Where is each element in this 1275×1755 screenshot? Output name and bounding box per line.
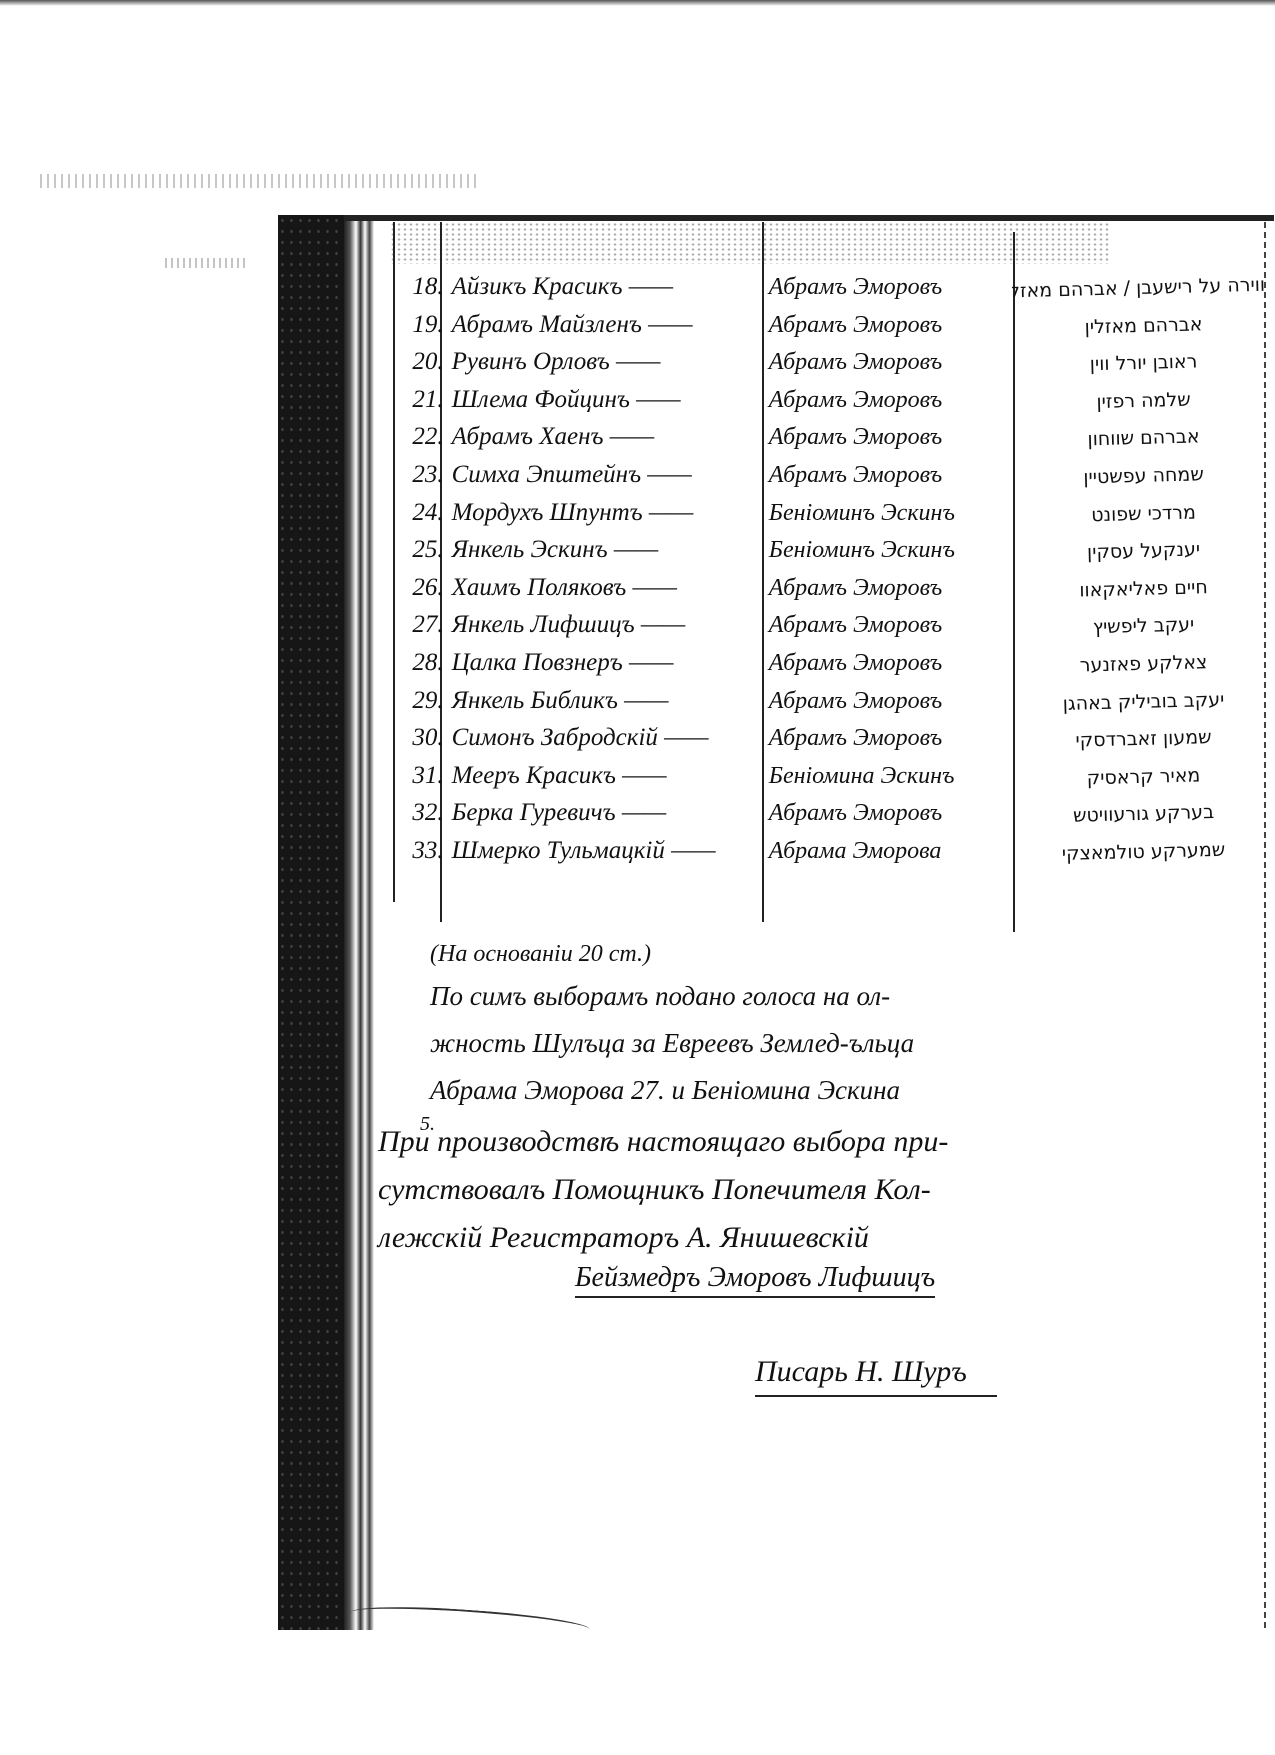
election-resolution: (На основаніи 20 ст.) По симъ выборамъ п… bbox=[430, 935, 1260, 1134]
vote-for: Беніоминъ Эскинъ bbox=[763, 532, 1012, 569]
table-row: 18. Айзикъ Красикъ Абрамъ Эморовъ ווירה … bbox=[395, 268, 1265, 306]
vote-for: Абрамъ Эморовъ bbox=[763, 570, 1012, 607]
hebrew-signature: שמערקע טולמאצקי bbox=[1011, 831, 1265, 875]
presence-line: При производствѣ настоящаго выбора при- bbox=[378, 1118, 1258, 1166]
hebrew-signature: בערקע גורעוויטש bbox=[1011, 793, 1265, 837]
row-number: 19. bbox=[395, 306, 448, 343]
voter-table: 18. Айзикъ Красикъ Абрамъ Эморовъ ווירה … bbox=[395, 268, 1265, 870]
elector-name: Янкель Эскинъ bbox=[448, 531, 763, 568]
vote-for: Беніомина Эскинъ bbox=[763, 758, 1012, 795]
vote-for: Абрамъ Эморовъ bbox=[763, 457, 1012, 494]
book-binding-shadow bbox=[278, 215, 344, 1630]
table-row: 28. Цалка Повзнеръ Абрамъ Эморовъ צאלקע … bbox=[395, 644, 1265, 682]
vote-for: Абрамъ Эморовъ bbox=[763, 307, 1012, 344]
hebrew-signature: אברהם מאזלין bbox=[1011, 304, 1265, 348]
row-number: 31. bbox=[395, 757, 448, 794]
elector-name: Мееръ Красикъ bbox=[448, 757, 763, 794]
hebrew-signature: יעקב ליפשיץ bbox=[1011, 605, 1265, 649]
vote-for: Абрамъ Эморовъ bbox=[763, 645, 1012, 682]
hebrew-signature: יענקעל עסקין bbox=[1011, 530, 1265, 574]
table-row: 30. Симонъ Забродскій Абрамъ Эморовъ שמע… bbox=[395, 719, 1265, 757]
row-number: 24. bbox=[395, 494, 448, 531]
elector-name: Абрамъ Майзленъ bbox=[448, 306, 763, 343]
row-number: 18. bbox=[395, 268, 448, 305]
elector-name: Шлема Фойцинъ bbox=[448, 381, 763, 418]
hebrew-signature: אברהם שווחון bbox=[1011, 417, 1265, 461]
resolution-line: По симъ выборамъ подано голоса на ол- bbox=[430, 973, 1260, 1020]
vote-for: Абрамъ Эморовъ bbox=[763, 382, 1012, 419]
official-signature: Бейзмедръ Эморовъ Лифшицъ bbox=[575, 1262, 935, 1298]
vote-for: Абрамъ Эморовъ bbox=[763, 607, 1012, 644]
elector-name: Цалка Повзнеръ bbox=[448, 644, 763, 681]
elector-name: Хаимъ Поляковъ bbox=[448, 569, 763, 606]
elector-name: Шмерко Тульмацкій bbox=[448, 832, 763, 869]
table-row: 23. Симха Эпштейнъ Абрамъ Эморовъ שמחה ע… bbox=[395, 456, 1265, 494]
table-row: 33. Шмерко Тульмацкій Абрама Эморова שמע… bbox=[395, 832, 1265, 870]
table-row: 27. Янкель Лифшицъ Абрамъ Эморовъ יעקב ל… bbox=[395, 606, 1265, 644]
row-number: 33. bbox=[395, 832, 448, 869]
elector-name: Рувинъ Орловъ bbox=[448, 343, 763, 380]
resolution-line: жность Шулъца за Евреевъ Землед-ъльца bbox=[430, 1020, 1260, 1067]
hebrew-signature: חיים פאליאקאוו bbox=[1011, 567, 1265, 611]
vote-for: Беніоминъ Эскинъ bbox=[763, 495, 1012, 532]
hebrew-signature: שמחה עפשטיין bbox=[1011, 455, 1265, 499]
hebrew-signature: שלמה רפזין bbox=[1011, 379, 1265, 423]
elector-name: Симха Эпштейнъ bbox=[448, 456, 763, 493]
table-header-smudge bbox=[390, 222, 1110, 264]
row-number: 20. bbox=[395, 343, 448, 380]
page-gutter bbox=[344, 215, 374, 1630]
row-number: 32. bbox=[395, 794, 448, 831]
hebrew-signature: מרדכי שפונט bbox=[1011, 492, 1265, 536]
row-number: 26. bbox=[395, 569, 448, 606]
table-row: 21. Шлема Фойцинъ Абрамъ Эморовъ שלמה רפ… bbox=[395, 381, 1265, 419]
presence-line: лежскій Регистраторъ А. Янишевскій bbox=[378, 1214, 1258, 1262]
row-number: 25. bbox=[395, 531, 448, 568]
page-top-border bbox=[344, 215, 1274, 221]
elector-name: Янкель Лифшицъ bbox=[448, 606, 763, 643]
elector-name: Янкель Библикъ bbox=[448, 682, 763, 719]
table-row: 31. Мееръ Красикъ Беніомина Эскинъ מאיר … bbox=[395, 757, 1265, 795]
hebrew-signature: מאיר קראסיק bbox=[1011, 755, 1265, 799]
table-row: 29. Янкель Библикъ Абрамъ Эморовъ יעקב ב… bbox=[395, 682, 1265, 720]
article-reference: (На основаніи 20 ст.) bbox=[430, 935, 1260, 973]
hebrew-signature: צאלקע פאזנער bbox=[1011, 643, 1265, 687]
page-bottom-edge bbox=[350, 1602, 591, 1641]
vote-for: Абрама Эморова bbox=[763, 833, 1012, 870]
clerk-signature: Писарь Н. Шуръ bbox=[755, 1355, 997, 1397]
table-row: 25. Янкель Эскинъ Беніоминъ Эскинъ יענקע… bbox=[395, 531, 1265, 569]
presence-statement: При производствѣ настоящаго выбора при- … bbox=[378, 1118, 1258, 1262]
vote-for: Абрамъ Эморовъ bbox=[763, 269, 1012, 306]
elector-name: Берка Гуревичъ bbox=[448, 794, 763, 831]
elector-name: Абрамъ Хаенъ bbox=[448, 418, 763, 455]
hebrew-signature: שמעון זאברדסקי bbox=[1011, 718, 1265, 762]
row-number: 29. bbox=[395, 682, 448, 719]
scan-noise-mark bbox=[165, 258, 245, 268]
elector-name: Симонъ Забродскій bbox=[448, 719, 763, 756]
hebrew-signature: יעקב בוביליק באהגן bbox=[1011, 680, 1265, 724]
row-number: 30. bbox=[395, 719, 448, 756]
elector-name: Айзикъ Красикъ bbox=[448, 268, 763, 305]
resolution-line: Абрама Эморова 27. и Беніомина Эскина bbox=[430, 1067, 1260, 1114]
vote-for: Абрамъ Эморовъ bbox=[763, 683, 1012, 720]
row-number: 23. bbox=[395, 456, 448, 493]
vote-for: Абрамъ Эморовъ bbox=[763, 720, 1012, 757]
row-number: 27. bbox=[395, 606, 448, 643]
table-row: 26. Хаимъ Поляковъ Абрамъ Эморовъ חיים פ… bbox=[395, 569, 1265, 607]
hebrew-signature: ווירה על רישעבן / אברהם מאזלין בעת ניאיו… bbox=[1011, 267, 1265, 311]
table-row: 32. Берка Гуревичъ Абрамъ Эморовъ בערקע … bbox=[395, 794, 1265, 832]
scan-noise-top bbox=[40, 174, 480, 188]
vote-for: Абрамъ Эморовъ bbox=[763, 419, 1012, 456]
row-number: 22. bbox=[395, 418, 448, 455]
scan-top-edge bbox=[0, 0, 1275, 6]
row-number: 21. bbox=[395, 381, 448, 418]
table-row: 24. Мордухъ Шпунтъ Беніоминъ Эскинъ מרדכ… bbox=[395, 494, 1265, 532]
presence-line: сутствовалъ Помощникъ Попечителя Кол- bbox=[378, 1166, 1258, 1214]
elector-name: Мордухъ Шпунтъ bbox=[448, 494, 763, 531]
table-row: 19. Абрамъ Майзленъ Абрамъ Эморовъ אברהם… bbox=[395, 306, 1265, 344]
vote-for: Абрамъ Эморовъ bbox=[763, 795, 1012, 832]
vote-for: Абрамъ Эморовъ bbox=[763, 344, 1012, 381]
row-number: 28. bbox=[395, 644, 448, 681]
hebrew-signature: ראובן יורל ווין bbox=[1011, 342, 1265, 386]
table-row: 22. Абрамъ Хаенъ Абрамъ Эморовъ אברהם שו… bbox=[395, 418, 1265, 456]
table-row: 20. Рувинъ Орловъ Абрамъ Эморовъ ראובן י… bbox=[395, 343, 1265, 381]
